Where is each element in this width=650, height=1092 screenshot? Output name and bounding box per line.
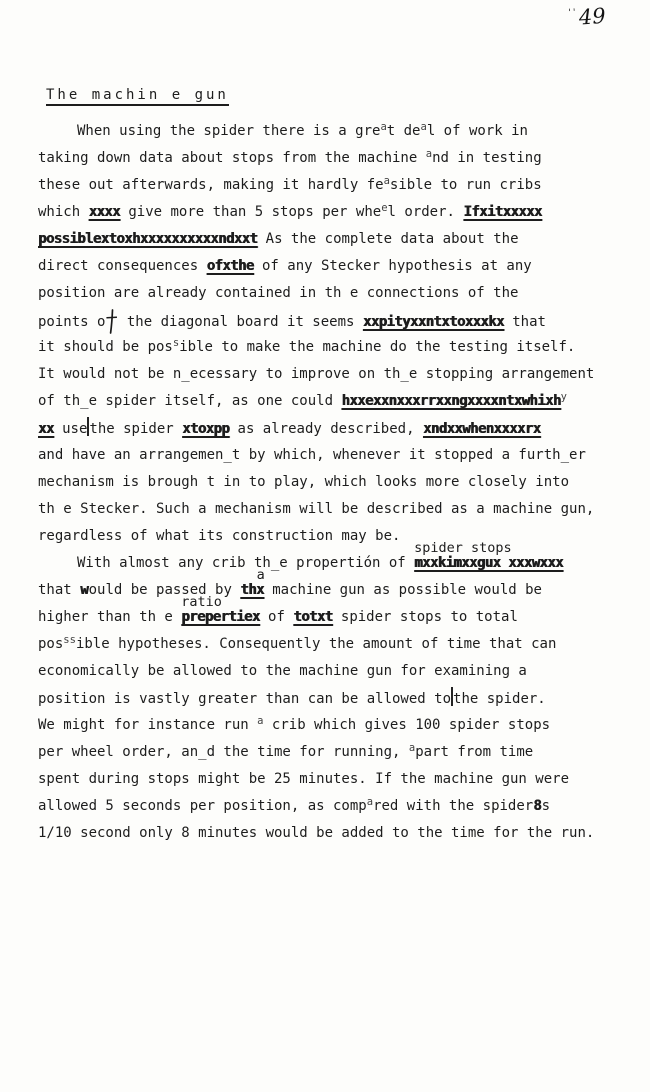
typed-text: As the complete data about the	[257, 231, 518, 247]
typed-insertion-above-line: spider stops	[414, 537, 512, 559]
text-line: direct consequences ofxthe of any Stecke…	[38, 255, 594, 282]
typed-text: We might for instance run	[38, 717, 257, 733]
typed-text: ible to make the machine do the testing …	[179, 339, 575, 355]
text-line: We might for instance run a crib which g…	[38, 714, 594, 741]
typed-text: allowed 5 seconds per position, as comp	[38, 798, 367, 814]
text-line: these out afterwards, making it hardly f…	[38, 174, 594, 201]
overstruck-text: w	[80, 582, 88, 598]
text-line: higher than th e prepertiexratio of totx…	[38, 606, 594, 633]
struck-out-text: hxxexxnxxxrrxxngxxxxntxwhixh	[341, 393, 560, 409]
half-printed-text: a	[384, 170, 390, 192]
typed-text: of any Stecker hypothesis at any	[254, 258, 532, 274]
text-line: th e Stecker. Such a mechanism will be d…	[38, 498, 594, 525]
struck-out-text: xndxxwhenxxxxrx	[423, 421, 540, 437]
typed-text: position are already contained in th e c…	[38, 285, 518, 301]
scanned-typewritten-page: { "ink_color": "#1d1d1d", "paper_color":…	[0, 0, 650, 1092]
typed-text: l order.	[388, 204, 464, 220]
text-line: it should be possible to make the machin…	[38, 336, 594, 363]
text-line: of th_e spider itself, as one could hxxe…	[38, 390, 594, 417]
typed-text: It would not be n_ecessary to improve on…	[38, 366, 594, 382]
half-printed-text: a	[426, 143, 432, 165]
half-printed-text: s	[173, 332, 179, 354]
text-line: xx usethe spider xtoxpp as already descr…	[38, 417, 594, 444]
text-line: spent during stops might be 25 minutes. …	[38, 768, 594, 795]
typed-insertion-above-line: ratio	[181, 591, 222, 613]
typed-text: machine gun as possible would be	[264, 582, 542, 598]
half-printed-text: e	[381, 197, 387, 219]
page-number-text: 49	[578, 4, 606, 30]
typed-text: taking down data about stops from the ma…	[38, 150, 426, 166]
typed-text: that	[504, 314, 546, 330]
typed-text: and have an arrangemen_t by which, whene…	[38, 447, 586, 463]
paragraphs: When using the spider there is a great d…	[38, 120, 594, 849]
half-printed-text: a	[257, 710, 263, 732]
typed-text: regardless of what its construction may …	[38, 528, 400, 544]
typed-text: the spider	[89, 421, 182, 437]
typed-text: t de	[387, 123, 421, 139]
typed-text: per wheel order, an_d the time for runni…	[38, 744, 409, 760]
paragraph: With almost any crib th_e propertión of …	[38, 552, 594, 849]
typed-text: pos	[38, 636, 63, 652]
typed-insertion-above-line: a	[240, 564, 264, 586]
typed-text: 1/10 second only 8 minutes would be adde…	[38, 825, 594, 841]
handwritten-page-number: ''49	[568, 6, 606, 30]
typed-text: sible to run cribs	[390, 177, 542, 193]
text-line: With almost any crib th_e propertión of …	[38, 552, 594, 579]
typed-text: higher than th e	[38, 609, 181, 625]
pen-tick-marks: ''	[568, 8, 578, 19]
text-line: allowed 5 seconds per position, as compa…	[38, 795, 594, 822]
typed-text: the diagonal board it seems	[118, 314, 362, 330]
typed-text: which	[38, 204, 89, 220]
text-line: posssible hypotheses. Consequently the a…	[38, 633, 594, 660]
typed-text: of th_e spider itself, as one could	[38, 393, 341, 409]
struck-out-text: thx a	[240, 579, 264, 601]
half-printed-text: y	[561, 386, 567, 408]
typed-text: mechanism is brough t in to play, which …	[38, 474, 569, 490]
struck-out-text: ofxthe	[207, 258, 254, 274]
struck-out-text: xxxx	[89, 204, 120, 220]
text-line: 1/10 second only 8 minutes would be adde…	[38, 822, 594, 849]
struck-out-text: prepertiexratio	[181, 606, 259, 628]
struck-out-text: Ifxitxxxxx	[463, 204, 541, 220]
overstruck-text: 8	[533, 798, 541, 814]
text-line: position is vastly greater than can be a…	[38, 687, 594, 714]
typed-text: th e Stecker. Such a mechanism will be d…	[38, 501, 594, 517]
document-content: The machin e gun When using the spider t…	[38, 84, 594, 849]
section-heading: The machin e gun	[46, 87, 229, 106]
paragraph: When using the spider there is a great d…	[38, 120, 594, 552]
typed-text: use	[54, 421, 88, 437]
half-printed-text: ss	[63, 629, 76, 651]
half-printed-text: a	[420, 116, 426, 138]
typed-text: direct consequences	[38, 258, 207, 274]
typed-text: nd in testing	[432, 150, 542, 166]
typed-text: s	[542, 798, 550, 814]
typed-text: of	[260, 609, 294, 625]
typed-text: ible hypotheses. Consequently the amount…	[76, 636, 556, 652]
text-line: position are already contained in th e c…	[38, 282, 594, 309]
text-line: When using the spider there is a great d…	[38, 120, 594, 147]
struck-out-text: possiblextoxhxxxxxxxxxxndxxt	[38, 231, 257, 247]
struck-out-text: xxpityxxntxtoxxxkx	[363, 314, 504, 330]
text-line: It would not be n_ecessary to improve on…	[38, 363, 594, 390]
text-line: possiblextoxhxxxxxxxxxxndxxt As the comp…	[38, 228, 594, 255]
struck-out-text: xtoxpp	[182, 421, 229, 437]
struck-out-text: mxxkimxxgux xxxwxxxspider stops	[414, 552, 563, 574]
typed-text: points o	[38, 314, 105, 330]
text-line: economically be allowed to the machine g…	[38, 660, 594, 687]
typed-text: spider stops to total	[332, 609, 517, 625]
typed-text: it should be pos	[38, 339, 173, 355]
typed-text: give more than 5 stops per whe	[120, 204, 381, 220]
struck-out-text: totxt	[293, 609, 332, 625]
struck-out-text: xx	[38, 421, 54, 437]
text-line: mechanism is brough t in to play, which …	[38, 471, 594, 498]
typed-text: crib which gives 100 spider stops	[263, 717, 550, 733]
typed-text: that	[38, 582, 80, 598]
typed-text: When using the spider there is a gre	[77, 123, 380, 139]
typed-text: as already described,	[229, 421, 423, 437]
half-printed-text: a	[409, 737, 415, 759]
typed-text: the spider.	[453, 691, 546, 707]
text-line: that would be passed by thx a machine gu…	[38, 579, 594, 606]
typed-text: economically be allowed to the machine g…	[38, 663, 527, 679]
text-line: points o the diagonal board it seems xxp…	[38, 309, 594, 336]
typed-text: position is vastly greater than can be a…	[38, 691, 451, 707]
text-line: and have an arrangemen_t by which, whene…	[38, 444, 594, 471]
typed-text: red with the spider	[373, 798, 533, 814]
typed-text: spent during stops might be 25 minutes. …	[38, 771, 569, 787]
typed-text: these out afterwards, making it hardly f…	[38, 177, 384, 193]
text-line: which xxxx give more than 5 stops per wh…	[38, 201, 594, 228]
half-printed-text: a	[380, 116, 386, 138]
half-printed-text: a	[367, 791, 373, 813]
text-line: per wheel order, an_d the time for runni…	[38, 741, 594, 768]
text-line: taking down data about stops from the ma…	[38, 147, 594, 174]
typed-text: part from time	[415, 744, 533, 760]
typed-text: l of work in	[427, 123, 528, 139]
